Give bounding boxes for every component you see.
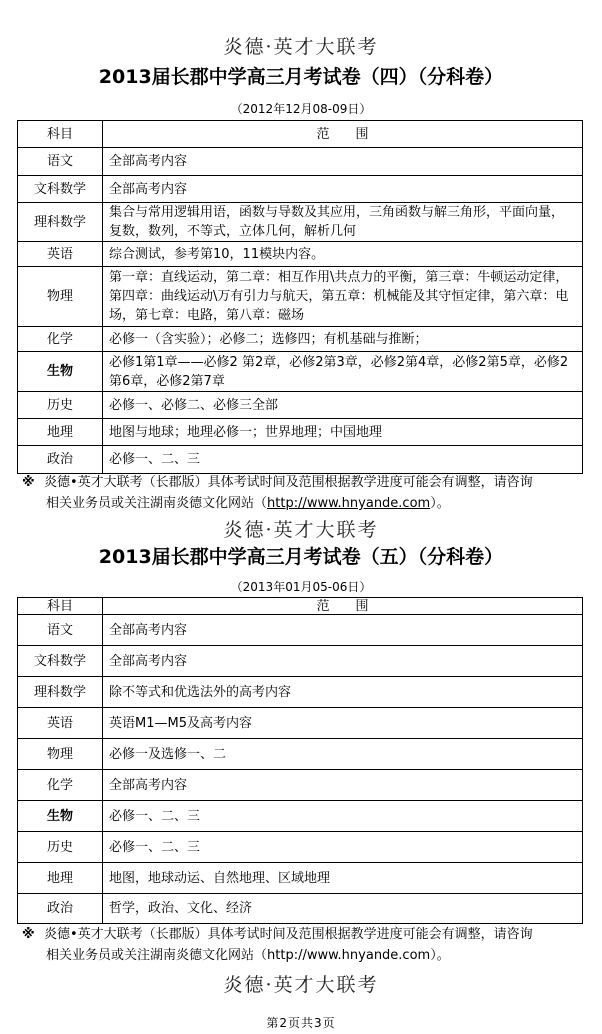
notice-line-1: 炎德•英才大联考（长郡版）具体考试时间及范围根据教学进度可能会有调整，请咨询 (44, 927, 533, 942)
reference-mark-icon: ※ (22, 472, 44, 493)
range-cell: 必修1第1章——必修2 第2章，必修2第3章，必修2第4章，必修2第5章，必修2… (103, 352, 583, 392)
table-row: 英语 综合测试，参考第10，11模块内容。 (18, 242, 583, 267)
range-cell: 全部高考内容 (103, 148, 583, 176)
range-cell: 全部高考内容 (103, 615, 583, 646)
subject-cell: 理科数学 (18, 677, 103, 708)
notice-line-2: 相关业务员或关注湖南炎德文化网站（ (46, 948, 267, 963)
subject-cell: 生物 (18, 801, 103, 832)
range-cell: 英语M1—M5及高考内容 (103, 708, 583, 739)
range-cell: 全部高考内容 (103, 176, 583, 203)
subject-cell: 地理 (18, 863, 103, 894)
notice-line-1: 炎德•英才大联考（长郡版）具体考试时间及范围根据教学进度可能会有调整，请咨询 (44, 475, 533, 490)
range-cell: 全部高考内容 (103, 770, 583, 801)
header-range: 范围 (103, 121, 583, 148)
notice: ※炎德•英才大联考（长郡版）具体考试时间及范围根据教学进度可能会有调整，请咨询 … (22, 924, 588, 966)
subject-cell: 物理 (18, 739, 103, 770)
notice-line-2-end: ）。 (430, 948, 450, 963)
subject-cell: 历史 (18, 392, 103, 419)
table-row: 理科数学 集合与常用逻辑用语，函数与导数及其应用，三角函数与解三角形，平面向量，… (18, 203, 583, 242)
scope-table: 科目 范围 语文 全部高考内容 文科数学 全部高考内容 理科数学 除不等式和优选… (17, 597, 583, 924)
header-subject: 科目 (18, 121, 103, 148)
table-row: 英语 英语M1—M5及高考内容 (18, 708, 583, 739)
subject-cell: 英语 (18, 708, 103, 739)
exam-date: （2013年01月05-06日） (0, 578, 602, 595)
table-row: 文科数学 全部高考内容 (18, 176, 583, 203)
subject-cell: 政治 (18, 446, 103, 474)
notice-line-2-end: ）。 (430, 496, 450, 511)
subject-cell: 语文 (18, 615, 103, 646)
website-link[interactable]: http://www.hnyande.com (267, 948, 430, 963)
table-row: 历史 必修一、二、三 (18, 832, 583, 863)
header-range: 范围 (103, 598, 583, 615)
table-row: 地理 地图与地球；地理必修一；世界地理；中国地理 (18, 419, 583, 446)
subject-cell: 化学 (18, 327, 103, 352)
exam-title: 2013届长郡中学高三月考试卷（五）（分科卷） (0, 542, 602, 569)
range-cell: 必修一及选修一、二 (103, 739, 583, 770)
table-row: 政治 必修一、二、三 (18, 446, 583, 474)
range-cell: 必修一（含实验）；必修二；选修四；有机基础与推断； (103, 327, 583, 352)
subject-cell: 文科数学 (18, 176, 103, 203)
subject-cell: 化学 (18, 770, 103, 801)
table-row: 文科数学 全部高考内容 (18, 646, 583, 677)
range-cell: 地图与地球；地理必修一；世界地理；中国地理 (103, 419, 583, 446)
table-row: 地理 地图，地球动运、自然地理、区域地理 (18, 863, 583, 894)
subject-cell: 语文 (18, 148, 103, 176)
table-row: 政治 哲学，政治、文化、经济 (18, 894, 583, 924)
notice-line-2: 相关业务员或关注湖南炎德文化网站（ (46, 496, 267, 511)
subject-cell: 物理 (18, 267, 103, 327)
brand-heading: 炎德·英才大联考 (0, 32, 602, 59)
brand-heading: 炎德·英才大联考 (0, 515, 602, 542)
range-cell: 全部高考内容 (103, 646, 583, 677)
table-row: 生物 必修一、二、三 (18, 801, 583, 832)
range-cell: 第一章：直线运动，第二章：相互作用\共点力的平衡，第三章：牛顿运动定律，第四章：… (103, 267, 583, 327)
range-cell: 集合与常用逻辑用语，函数与导数及其应用，三角函数与解三角形，平面向量，复数，数列… (103, 203, 583, 242)
range-cell: 综合测试，参考第10，11模块内容。 (103, 242, 583, 267)
table-row: 物理 第一章：直线运动，第二章：相互作用\共点力的平衡，第三章：牛顿运动定律，第… (18, 267, 583, 327)
brand-heading: 炎德·英才大联考 (0, 970, 602, 997)
table-header-row: 科目 范围 (18, 121, 583, 148)
range-cell: 哲学，政治、文化、经济 (103, 894, 583, 924)
table-header-row: 科目 范围 (18, 598, 583, 615)
subject-cell: 文科数学 (18, 646, 103, 677)
exam-title: 2013届长郡中学高三月考试卷（四）（分科卷） (0, 62, 602, 89)
scope-table: 科目 范围 语文 全部高考内容 文科数学 全部高考内容 理科数学 集合与常用逻辑… (17, 120, 583, 474)
exam-date: （2012年12月08-09日） (0, 100, 602, 117)
website-link[interactable]: http://www.hnyande.com (267, 496, 430, 511)
subject-cell: 理科数学 (18, 203, 103, 242)
subject-cell: 历史 (18, 832, 103, 863)
range-cell: 地图，地球动运、自然地理、区域地理 (103, 863, 583, 894)
table-row: 化学 全部高考内容 (18, 770, 583, 801)
subject-cell: 地理 (18, 419, 103, 446)
page-number: 第2页共3页 (0, 1014, 602, 1031)
range-cell: 必修一、必修二、必修三全部 (103, 392, 583, 419)
table-row: 语文 全部高考内容 (18, 615, 583, 646)
table-row: 化学 必修一（含实验）；必修二；选修四；有机基础与推断； (18, 327, 583, 352)
subject-cell: 政治 (18, 894, 103, 924)
subject-cell: 生物 (18, 352, 103, 392)
reference-mark-icon: ※ (22, 924, 44, 945)
table-row: 物理 必修一及选修一、二 (18, 739, 583, 770)
subject-cell: 英语 (18, 242, 103, 267)
notice: ※炎德•英才大联考（长郡版）具体考试时间及范围根据教学进度可能会有调整，请咨询 … (22, 472, 588, 514)
table-row: 生物 必修1第1章——必修2 第2章，必修2第3章，必修2第4章，必修2第5章，… (18, 352, 583, 392)
table-row: 理科数学 除不等式和优选法外的高考内容 (18, 677, 583, 708)
header-subject: 科目 (18, 598, 103, 615)
range-cell: 必修一、二、三 (103, 446, 583, 474)
range-cell: 除不等式和优选法外的高考内容 (103, 677, 583, 708)
range-cell: 必修一、二、三 (103, 801, 583, 832)
table-row: 历史 必修一、必修二、必修三全部 (18, 392, 583, 419)
table-row: 语文 全部高考内容 (18, 148, 583, 176)
range-cell: 必修一、二、三 (103, 832, 583, 863)
